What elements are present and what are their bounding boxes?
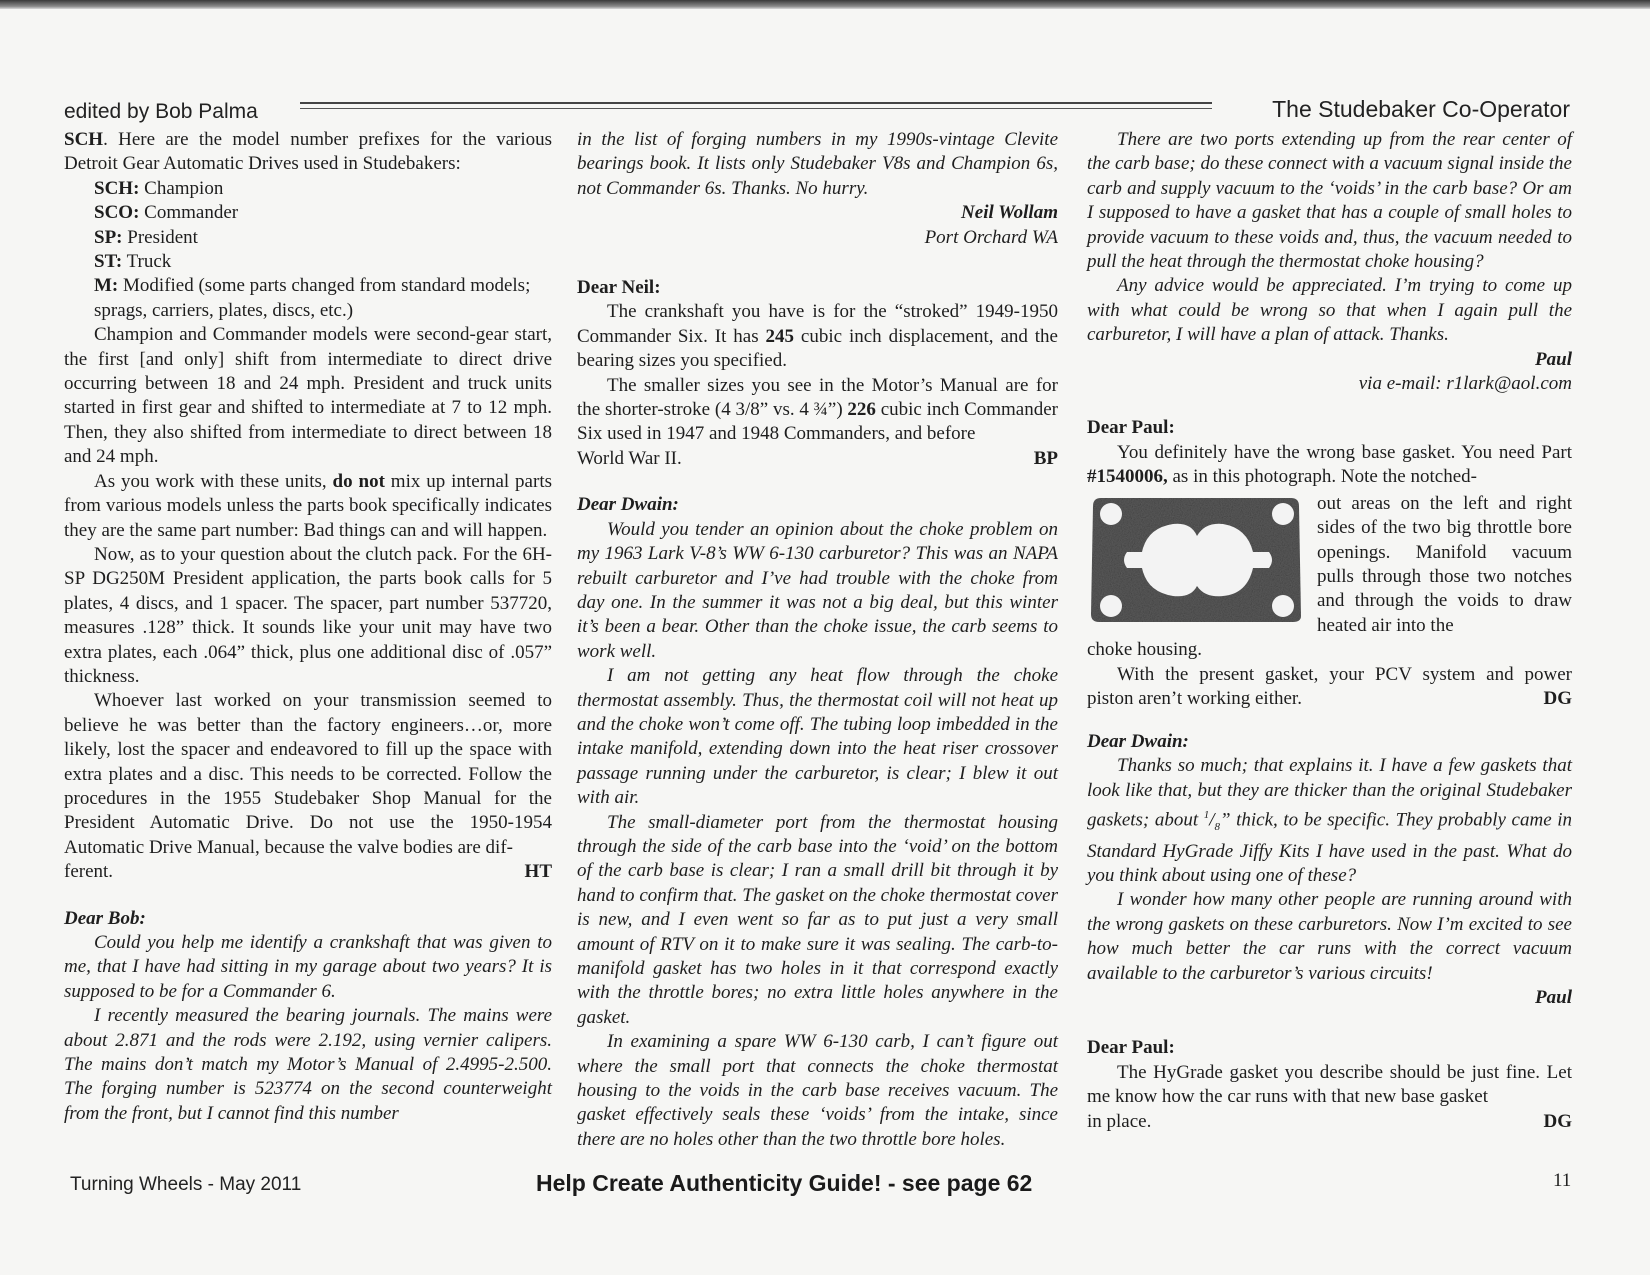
prefix-item: SCH: Champion <box>94 177 552 201</box>
letter-paragraph: I am not getting any heat flow through t… <box>577 664 1058 810</box>
letter-paragraph: The small-diameter port from the thermos… <box>577 811 1058 1031</box>
answer-paragraph: You definitely have the wrong base gaske… <box>1087 441 1572 490</box>
answer-signoff: World War II.BP <box>577 447 1058 471</box>
salutation-dear-paul: Dear Paul: <box>1087 1036 1572 1060</box>
salutation-dear-paul: Dear Paul: <box>1087 416 1572 440</box>
initials-ht: HT <box>525 860 552 884</box>
letter-paragraph: Could you help me identify a crankshaft … <box>64 931 552 1004</box>
answer-paragraph: The smaller sizes you see in the Motor’s… <box>577 374 1058 447</box>
letter-paragraph: I recently measured the bearing journals… <box>64 1004 552 1126</box>
whoever-paragraph: Whoever last worked on your transmission… <box>64 689 552 860</box>
letter-paragraph: In examining a spare WW 6-130 carb, I ca… <box>577 1030 1058 1152</box>
column-2: in the list of forging numbers in my 199… <box>577 128 1058 1152</box>
column-title: The Studebaker Co-Operator <box>1272 96 1570 123</box>
clutch-paragraph: Now, as to your question about the clutc… <box>64 543 552 689</box>
prefix-item: ST: Truck <box>94 250 552 274</box>
prefix-item: SP: President <box>94 226 552 250</box>
header-rule <box>300 102 1212 109</box>
salutation-dear-bob: Dear Bob: <box>64 907 552 931</box>
salutation-dear-dwain: Dear Dwain: <box>577 493 1058 517</box>
letter-paragraph: Any advice would be appreciated. I’m try… <box>1087 274 1572 347</box>
page-number: 11 <box>1553 1170 1571 1192</box>
signature-name: Paul <box>1087 348 1572 372</box>
initials-dg: DG <box>1544 1110 1573 1134</box>
promo-banner: Help Create Authenticity Guide! - see pa… <box>536 1170 1032 1197</box>
answer-paragraph: The HyGrade gasket you describe should b… <box>1087 1061 1572 1110</box>
letter-paragraph: in the list of forging numbers in my 199… <box>577 128 1058 201</box>
signature-place: Port Orchard WA <box>577 226 1058 250</box>
answer-paragraph: The crankshaft you have is for the “stro… <box>577 300 1058 373</box>
letter-paragraph: Thanks so much; that explains it. I have… <box>1087 754 1572 888</box>
signature-name: Paul <box>1087 986 1572 1010</box>
gasket-figure-block: out areas on the left and right sides of… <box>1087 492 1572 638</box>
answer-signoff: in place.DG <box>1087 1110 1572 1134</box>
prefix-item: SCO: Commander <box>94 201 552 225</box>
gasket-wrap-text: out areas on the left and right sides of… <box>1317 492 1572 638</box>
page-header: edited by Bob Palma The Studebaker Co-Op… <box>60 96 1570 126</box>
letter-paragraph: I wonder how many other people are runni… <box>1087 888 1572 986</box>
letter-paragraph: There are two ports extending up from th… <box>1087 128 1572 274</box>
prefix-item: M: Modified (some parts changed from sta… <box>94 274 552 323</box>
mix-paragraph: As you work with these units, do not mix… <box>64 470 552 543</box>
salutation-dear-dwain: Dear Dwain: <box>1087 730 1572 754</box>
prefix-list: SCH: Champion SCO: Commander SP: Preside… <box>64 177 552 323</box>
answer-paragraph: choke housing. <box>1087 638 1572 662</box>
initials-bp: BP <box>1034 447 1058 471</box>
answer-signoff: ferent.HT <box>64 860 552 884</box>
column-1: SCH. Here are the model number prefixes … <box>64 128 552 1126</box>
column-3: There are two ports extending up from th… <box>1087 128 1572 1134</box>
signature-email: via e-mail: r1lark@aol.com <box>1087 372 1572 396</box>
intro-paragraph: SCH. Here are the model number prefixes … <box>64 128 552 177</box>
letter-paragraph: Would you tender an opinion about the ch… <box>577 518 1058 664</box>
issue-label: Turning Wheels - May 2011 <box>70 1174 301 1196</box>
gasket-photo <box>1087 492 1305 626</box>
editor-credit: edited by Bob Palma <box>64 100 258 124</box>
signature-name: Neil Wollam <box>577 201 1058 225</box>
page-footer: Turning Wheels - May 2011 Help Create Au… <box>0 1170 1650 1210</box>
salutation-dear-neil: Dear Neil: <box>577 276 1058 300</box>
scan-top-edge <box>0 0 1650 9</box>
shift-paragraph: Champion and Commander models were secon… <box>64 323 552 469</box>
